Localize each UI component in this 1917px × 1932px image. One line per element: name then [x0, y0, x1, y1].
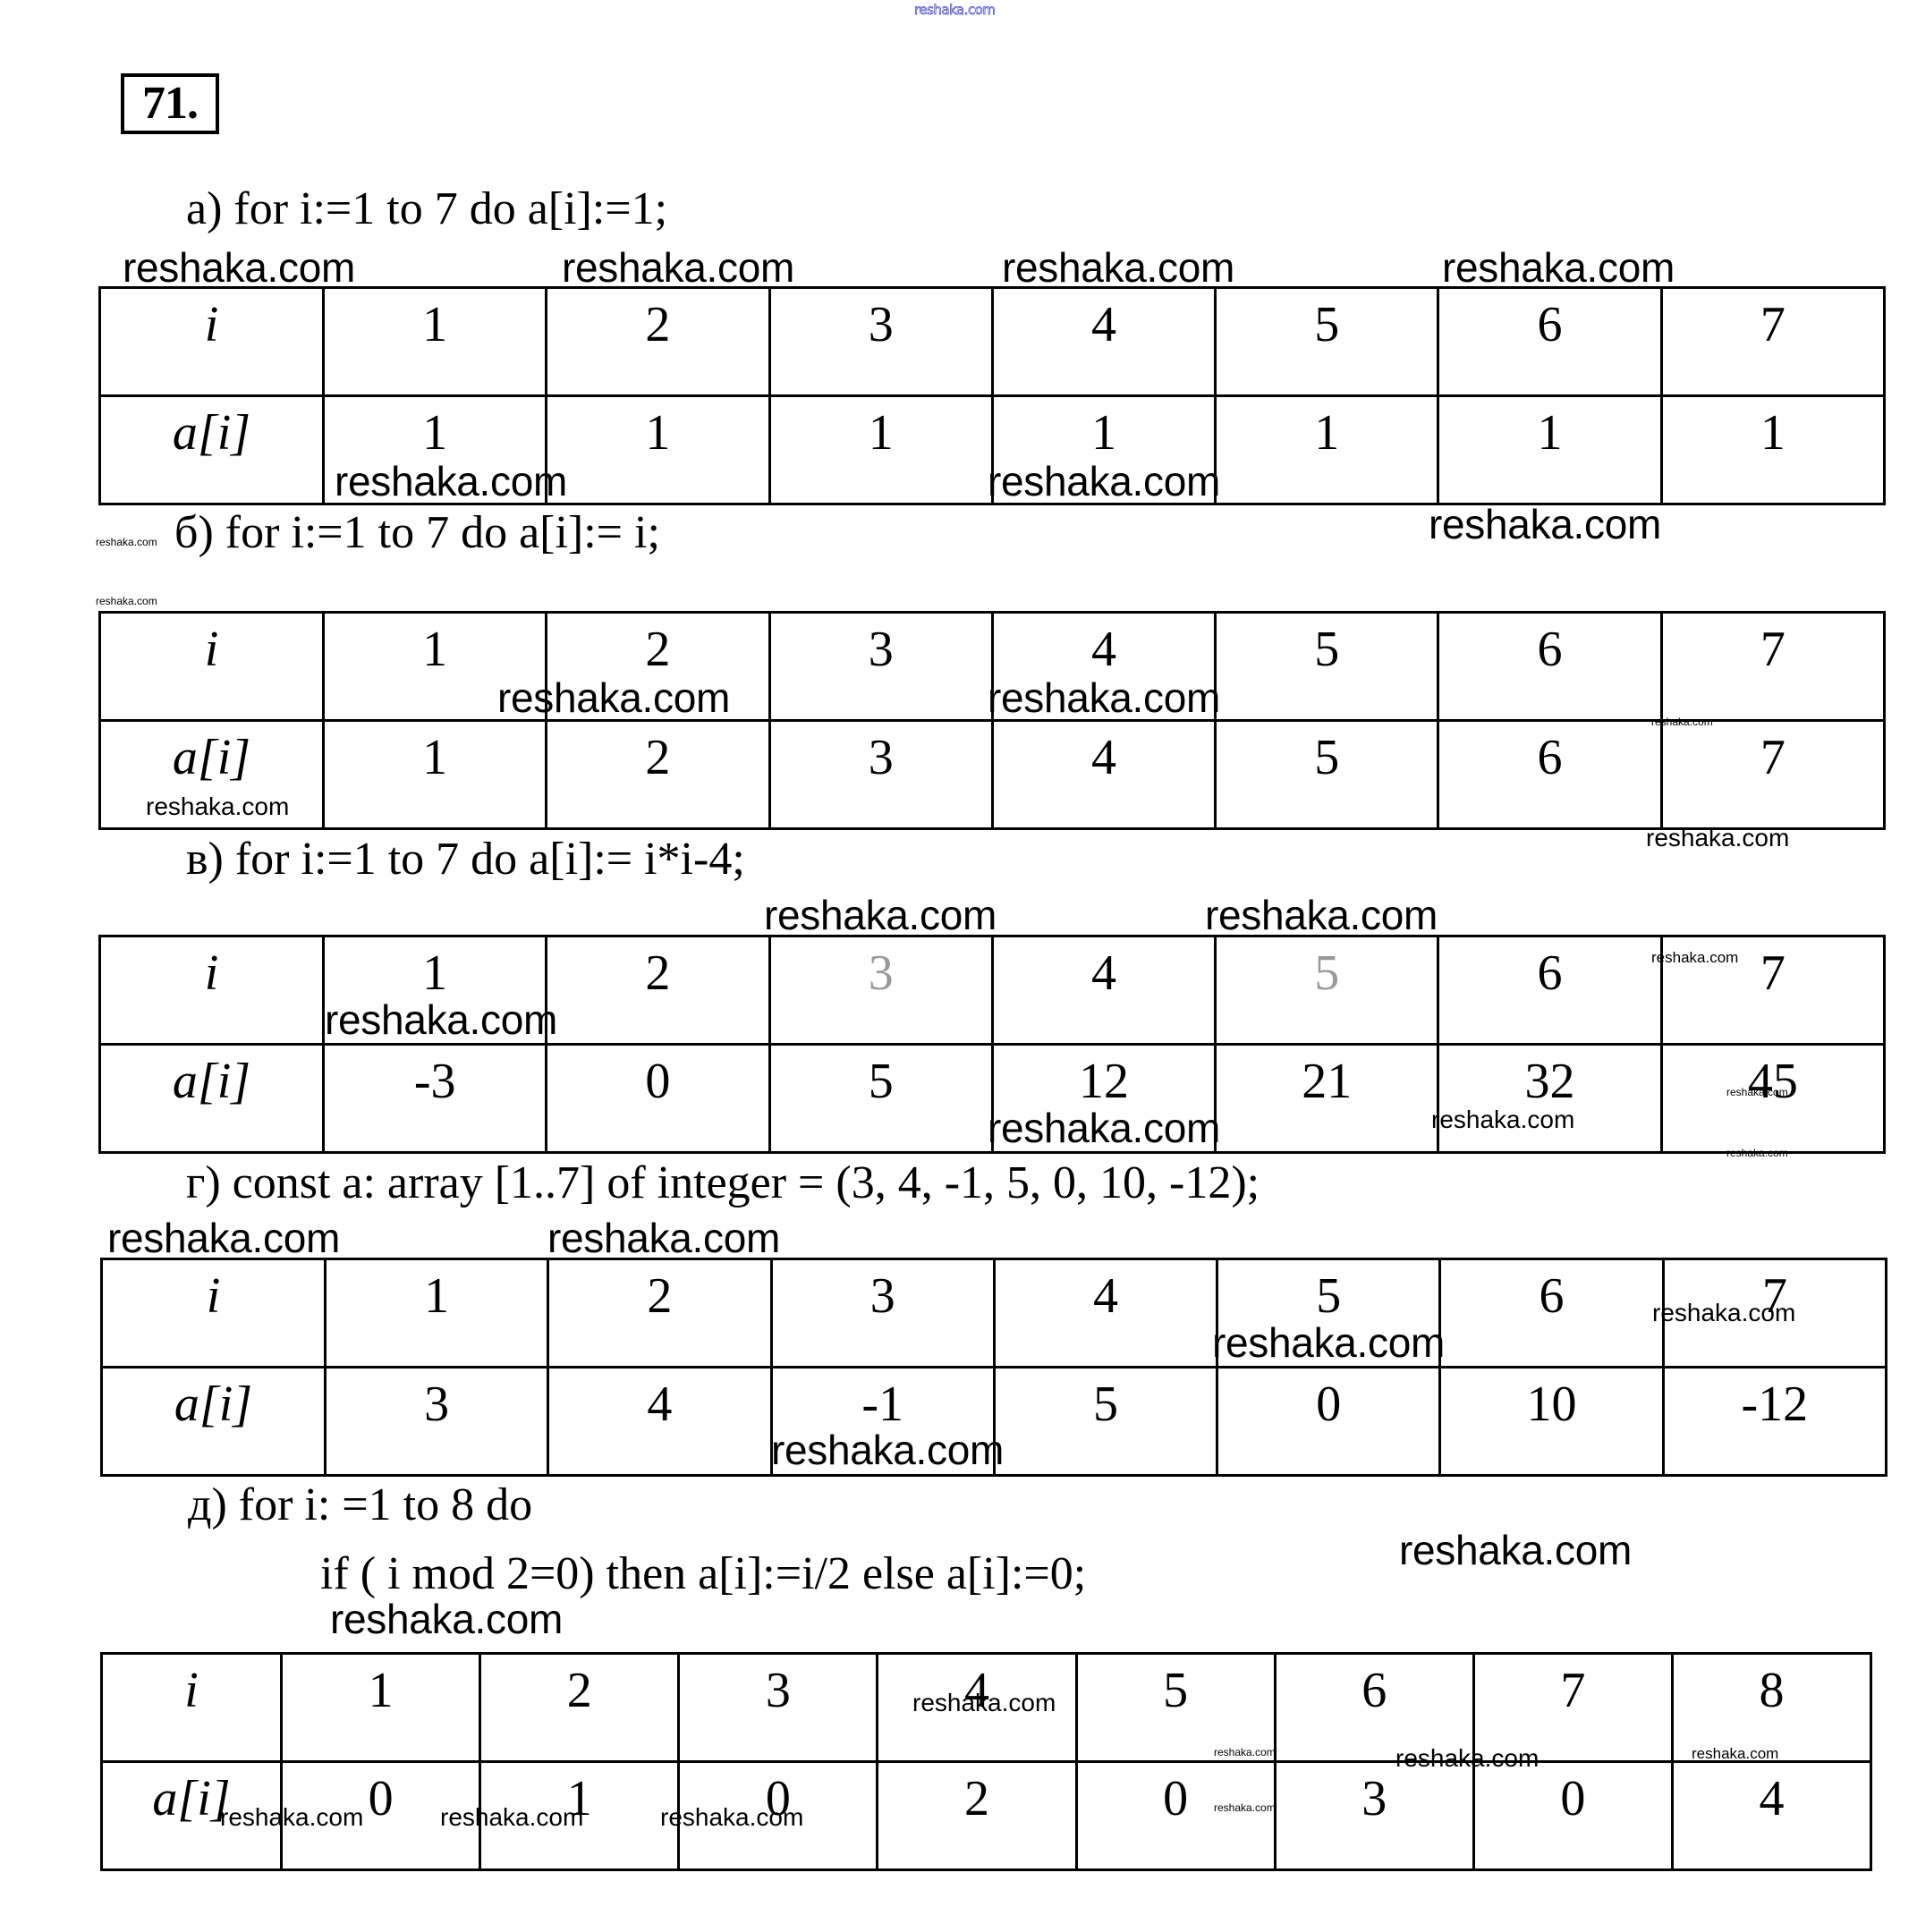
- section-b-code: б) for i:=1 to 7 do a[i]:= i;: [174, 510, 660, 556]
- watermark-small: reshaka.com: [1214, 1747, 1276, 1758]
- watermark: reshaka.com: [325, 999, 557, 1040]
- cell-i-6: 6: [1440, 1259, 1663, 1368]
- cell-i-6: 6: [1438, 288, 1661, 396]
- row-header-i: i: [102, 1259, 326, 1368]
- cell-a-4: 5: [994, 1368, 1217, 1476]
- watermark-small: reshaka.com: [1726, 1148, 1788, 1158]
- cell-a-6: 32: [1438, 1045, 1661, 1153]
- watermark-small: reshaka.com: [1692, 1746, 1778, 1761]
- watermark: reshaka.com: [146, 794, 289, 819]
- watermark: reshaka.com: [1395, 1746, 1539, 1771]
- cell-a-2: 4: [548, 1368, 771, 1476]
- cell-i-5: 5: [1216, 936, 1438, 1045]
- cell-i-2: 2: [480, 1654, 679, 1762]
- cell-i-5: 5: [1216, 288, 1438, 396]
- watermark: reshaka.com: [562, 247, 794, 288]
- cell-a-6: 3: [1275, 1762, 1473, 1870]
- watermark-small: reshaka.com: [1214, 1802, 1276, 1813]
- watermark-small: reshaka.com: [1651, 950, 1738, 965]
- cell-i-3: 3: [769, 936, 992, 1045]
- row-header-a: a[i]: [102, 1368, 326, 1476]
- cell-i-3: 3: [769, 288, 992, 396]
- cell-a-3: 3: [769, 721, 992, 829]
- watermark: reshaka.com: [1212, 1322, 1445, 1363]
- watermark: reshaka.com: [988, 461, 1220, 502]
- section-e-code-line2: if ( i mod 2=0) then a[i]:=i/2 else a[i]…: [320, 1551, 1086, 1597]
- row-header-a: a[i]: [100, 1045, 324, 1153]
- cell-a-1: -3: [324, 1045, 547, 1153]
- cell-i-1: 1: [324, 288, 547, 396]
- watermark: reshaka.com: [440, 1805, 583, 1830]
- cell-a-7: -12: [1663, 1368, 1886, 1476]
- watermark: reshaka.com: [330, 1598, 563, 1640]
- watermark: reshaka.com: [1002, 247, 1234, 288]
- cell-i-4: 4: [994, 1259, 1217, 1368]
- cell-a-7: 1: [1661, 396, 1884, 504]
- cell-a-2: 2: [547, 721, 769, 829]
- problem-number: 71.: [121, 73, 219, 134]
- cell-i-3: 3: [769, 613, 992, 721]
- watermark: reshaka.com: [1442, 247, 1675, 288]
- cell-i-5: 5: [1216, 613, 1438, 721]
- section-a-code: а) for i:=1 to 7 do a[i]:=1;: [186, 186, 667, 233]
- section-d-code: г) const a: array [1..7] of integer = (3…: [186, 1160, 1260, 1207]
- site-watermark-top: reshaka.com: [914, 2, 996, 18]
- cell-i-4: 4: [992, 288, 1215, 396]
- cell-a-7: 45: [1661, 1045, 1884, 1153]
- row-header-i: i: [100, 288, 324, 396]
- watermark-small: reshaka.com: [96, 537, 157, 547]
- cell-a-5: 0: [1217, 1368, 1440, 1476]
- cell-a-2: 0: [547, 1045, 769, 1153]
- section-e-code: д) for i: =1 to 8 do: [188, 1482, 532, 1529]
- watermark-small: reshaka.com: [96, 596, 157, 606]
- watermark: reshaka.com: [988, 1107, 1220, 1148]
- cell-a-5: 21: [1216, 1045, 1438, 1153]
- watermark-small: reshaka.com: [1651, 716, 1713, 727]
- cell-a-3: 5: [769, 1045, 992, 1153]
- watermark: reshaka.com: [220, 1805, 363, 1830]
- watermark: reshaka.com: [1652, 1301, 1795, 1326]
- cell-i-2: 2: [547, 288, 769, 396]
- watermark: reshaka.com: [912, 1690, 1056, 1716]
- row-header-i: i: [100, 936, 324, 1045]
- cell-a-5: 0: [1076, 1762, 1275, 1870]
- watermark: reshaka.com: [988, 677, 1220, 718]
- cell-a-5: 5: [1216, 721, 1438, 829]
- cell-a-1: 3: [326, 1368, 548, 1476]
- watermark: reshaka.com: [1646, 826, 1789, 851]
- cell-i-6: 6: [1438, 936, 1661, 1045]
- cell-i-2: 2: [548, 1259, 771, 1368]
- watermark: reshaka.com: [660, 1805, 803, 1830]
- watermark: reshaka.com: [1205, 894, 1438, 936]
- table-row-i: i 1 2 3 4 5 6 7: [100, 288, 1885, 396]
- watermark: reshaka.com: [1431, 1107, 1574, 1132]
- cell-a-6: 1: [1438, 396, 1661, 504]
- cell-a-6: 10: [1440, 1368, 1663, 1476]
- cell-i-4: 4: [992, 936, 1215, 1045]
- row-header-i: i: [102, 1654, 282, 1762]
- watermark: reshaka.com: [547, 1217, 780, 1258]
- cell-a-3: 1: [769, 396, 992, 504]
- table-section-e: i 1 2 3 4 5 6 7 8 a[i] 0 1 0 2 0 3 0 4: [100, 1652, 1872, 1871]
- cell-a-1: 1: [324, 721, 547, 829]
- watermark: reshaka.com: [1429, 504, 1661, 545]
- section-c-code: в) for i:=1 to 7 do a[i]:= i*i-4;: [186, 836, 745, 883]
- cell-a-4: 2: [878, 1762, 1076, 1870]
- watermark: reshaka.com: [771, 1429, 1004, 1470]
- cell-a-6: 6: [1438, 721, 1661, 829]
- cell-i-1: 1: [282, 1654, 480, 1762]
- watermark: reshaka.com: [335, 461, 567, 502]
- cell-i-1: 1: [326, 1259, 548, 1368]
- watermark-small: reshaka.com: [1726, 1087, 1788, 1097]
- watermark: reshaka.com: [764, 894, 997, 936]
- cell-a-2: 1: [547, 396, 769, 504]
- cell-i-3: 3: [771, 1259, 994, 1368]
- watermark: reshaka.com: [1399, 1529, 1632, 1571]
- watermark: reshaka.com: [497, 677, 730, 718]
- cell-a-7: 0: [1473, 1762, 1672, 1870]
- watermark: reshaka.com: [123, 247, 355, 288]
- cell-a-8: 4: [1672, 1762, 1870, 1870]
- cell-a-5: 1: [1216, 396, 1438, 504]
- table-row-a: a[i] 1 2 3 4 5 6 7: [100, 721, 1885, 829]
- watermark: reshaka.com: [107, 1217, 340, 1258]
- cell-i-3: 3: [679, 1654, 878, 1762]
- cell-i-2: 2: [547, 936, 769, 1045]
- table-row-a: a[i] 0 1 0 2 0 3 0 4: [102, 1762, 1871, 1870]
- row-header-a: a[i]: [100, 396, 324, 504]
- cell-i-7: 7: [1661, 613, 1884, 721]
- cell-a-4: 4: [992, 721, 1215, 829]
- cell-i-7: 7: [1661, 288, 1884, 396]
- row-header-i: i: [100, 613, 324, 721]
- table-row-i: i 1 2 3 4 5 6 7: [102, 1259, 1887, 1368]
- cell-a-7: 7: [1661, 721, 1884, 829]
- cell-i-6: 6: [1438, 613, 1661, 721]
